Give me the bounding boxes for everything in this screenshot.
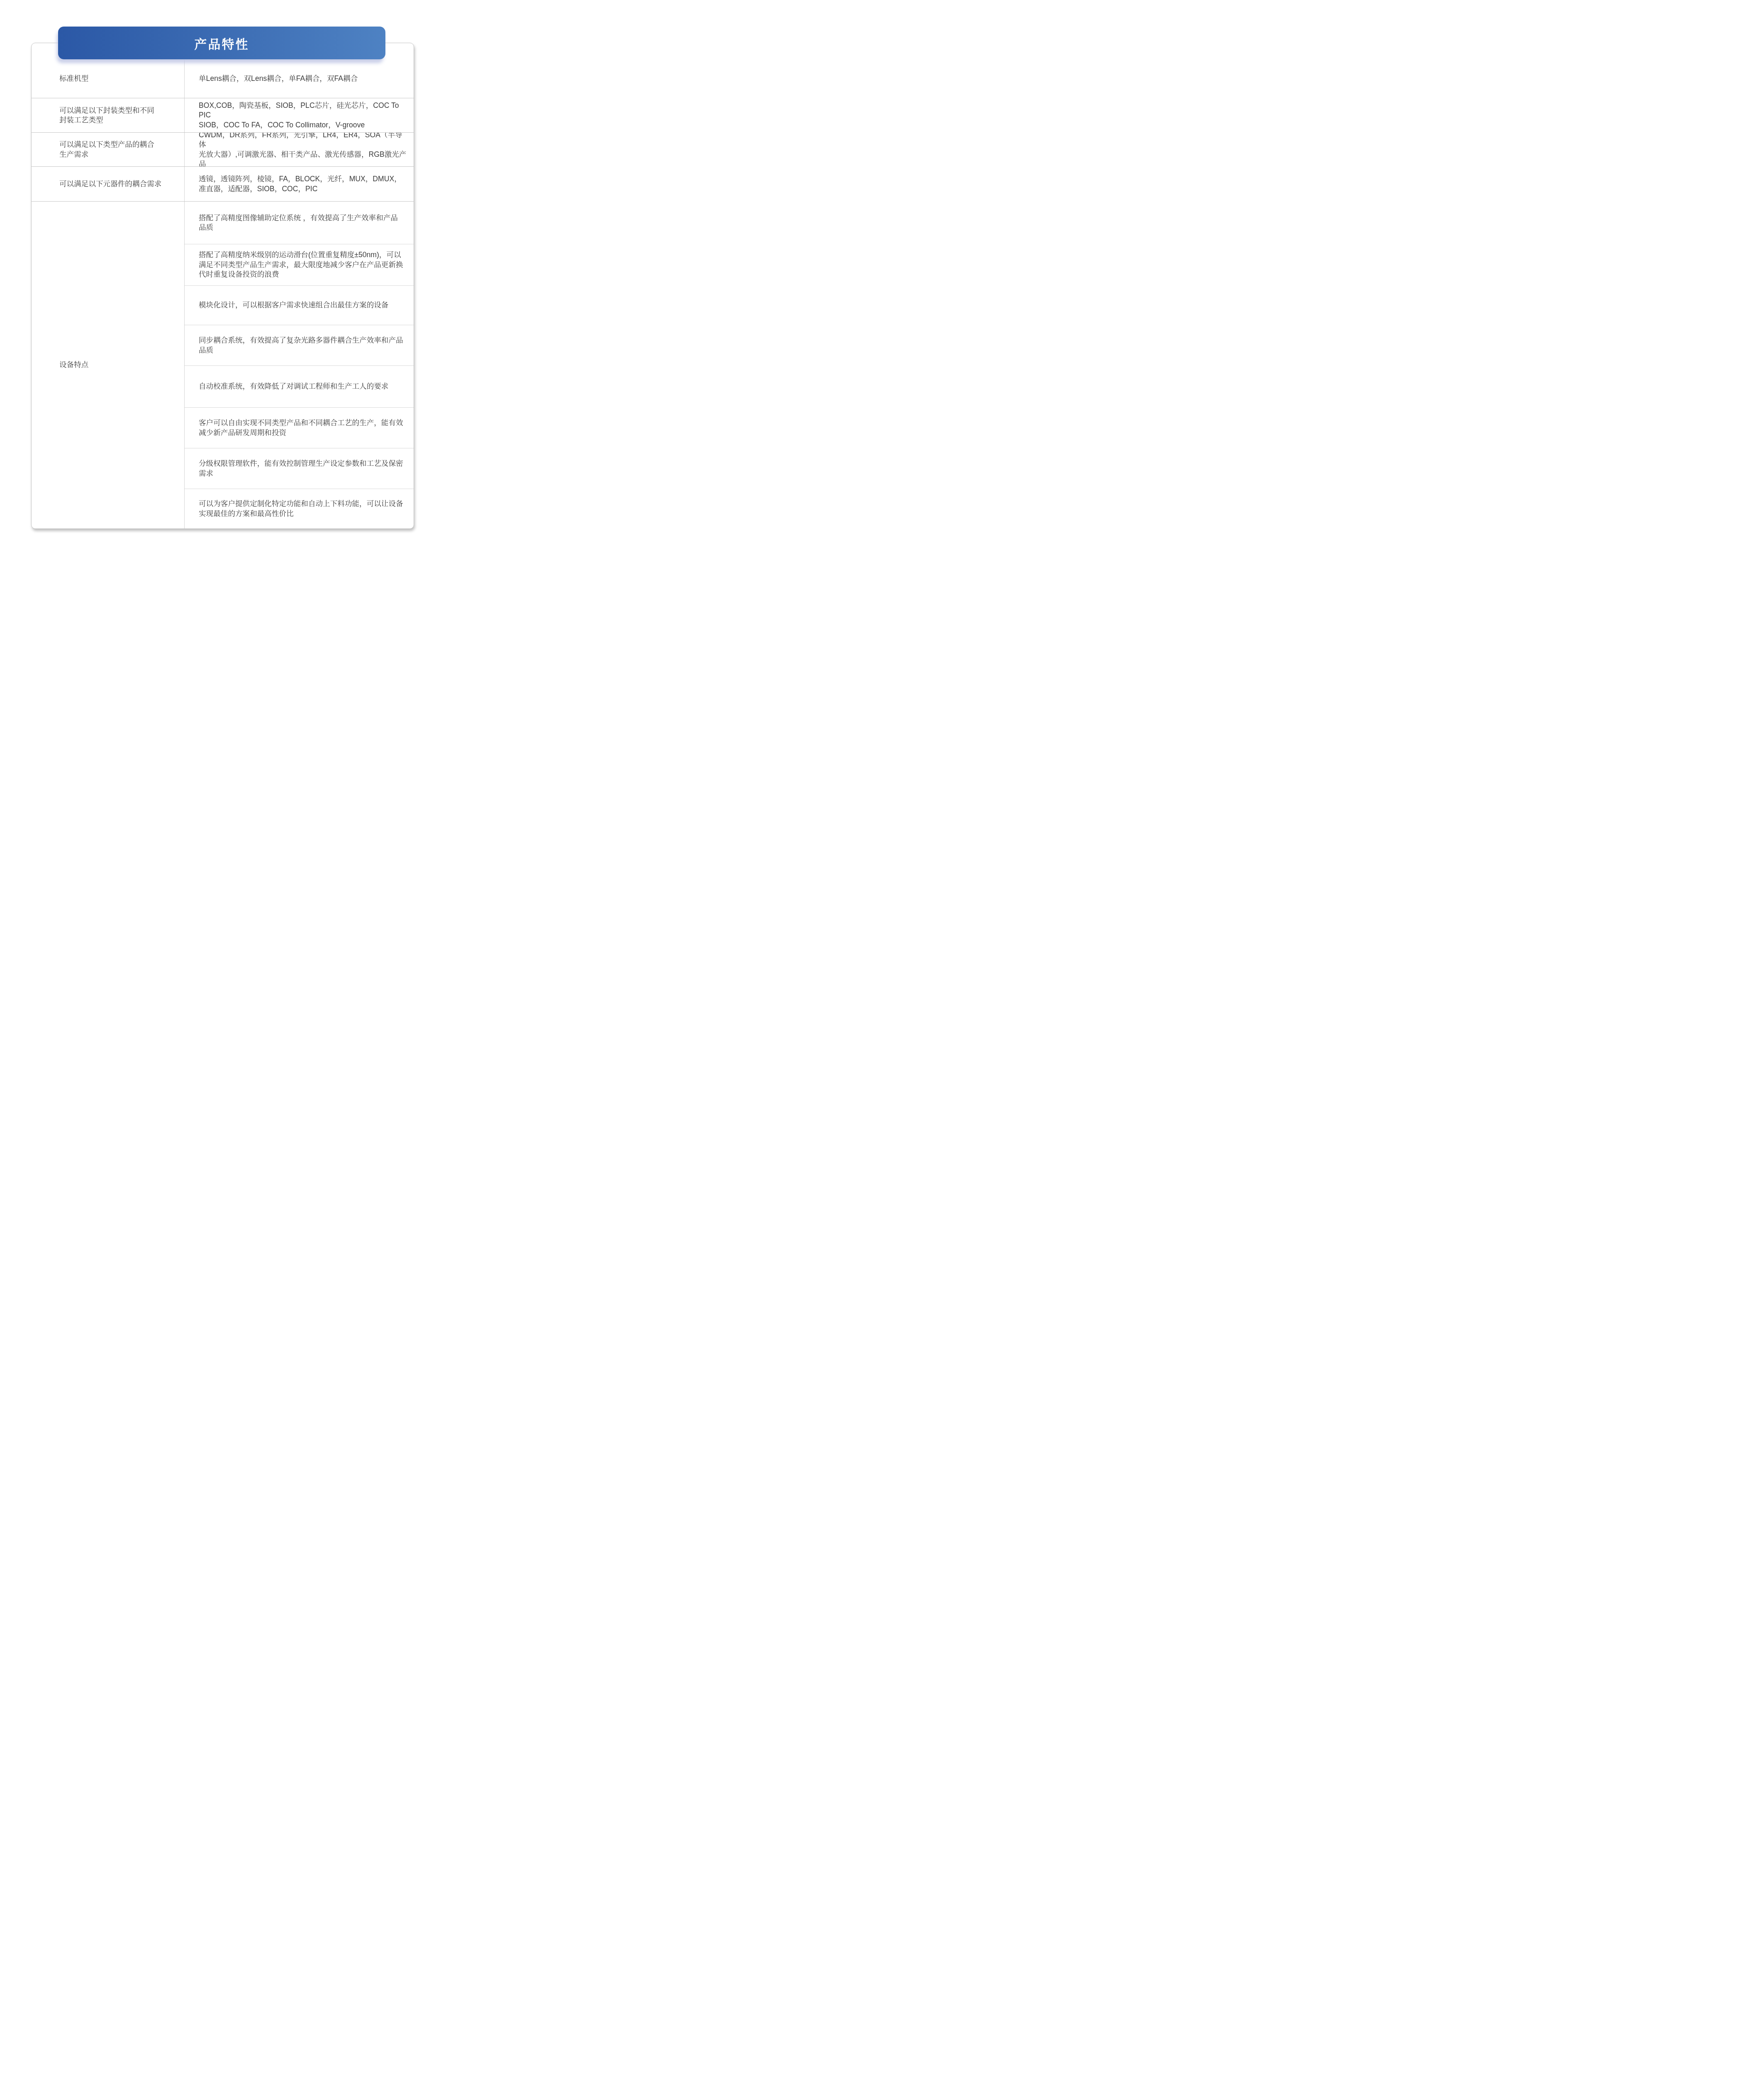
table-row: 可以满足以下元器件的耦合需求 透镜，透镜阵列，棱镜，FA，BLOCK，光纤，MU…: [32, 166, 414, 201]
feature-item: 搭配了高精度纳米级别的运动滑台(位置重复精度±50nm)，可以 满足不同类型产品…: [185, 244, 414, 285]
feature-item: 分级权限管理软件，能有效控制管理生产设定参数和工艺及保密 需求: [185, 448, 414, 489]
row-value: 单Lens耦合，双Lens耦合，单FA耦合，双FA耦合: [185, 60, 414, 98]
row-label: 可以满足以下元器件的耦合需求: [32, 167, 185, 201]
features-row: 设备特点 搭配了高精度图像辅助定位系统 ，有效提高了生产效率和产品 品质 搭配了…: [32, 201, 414, 528]
feature-item: 可以为客户提供定制化特定功能和自动上下料功能，可以让设备 实现最佳的方案和最高性…: [185, 489, 414, 528]
row-label: 标准机型: [32, 60, 185, 98]
page-title: 产品特性: [195, 34, 249, 52]
card-header: 产品特性: [58, 27, 385, 59]
feature-item: 同步耦合系统，有效提高了复杂光路多器件耦合生产效率和产品 品质: [185, 325, 414, 365]
feature-item: 自动校准系统，有效降低了对调试工程师和生产工人的要求: [185, 365, 414, 407]
feature-item: 客户可以自由实现不同类型产品和不同耦合工艺的生产，能有效 减少新产品研发周期和投…: [185, 407, 414, 448]
features-label: 设备特点: [32, 202, 185, 528]
table-row: 标准机型 单Lens耦合，双Lens耦合，单FA耦合，双FA耦合: [32, 60, 414, 98]
row-label: 可以满足以下封装类型和不同 封装工艺类型: [32, 98, 185, 132]
feature-item: 搭配了高精度图像辅助定位系统 ，有效提高了生产效率和产品 品质: [185, 202, 414, 244]
table-row: 可以满足以下类型产品的耦合 生产需求 CWDM，DR系列，FR系列，光引擎，LR…: [32, 132, 414, 166]
features-list: 搭配了高精度图像辅助定位系统 ，有效提高了生产效率和产品 品质 搭配了高精度纳米…: [185, 202, 414, 528]
row-label: 可以满足以下类型产品的耦合 生产需求: [32, 133, 185, 166]
product-features-card: 产品特性 标准机型 单Lens耦合，双Lens耦合，单FA耦合，双FA耦合 可以…: [31, 43, 414, 529]
spec-table: 标准机型 单Lens耦合，双Lens耦合，单FA耦合，双FA耦合 可以满足以下封…: [32, 60, 414, 528]
feature-item: 模块化设计，可以根据客户需求快速组合出最佳方案的设备: [185, 285, 414, 325]
table-row: 可以满足以下封装类型和不同 封装工艺类型 BOX,COB，陶瓷基板，SIOB，P…: [32, 98, 414, 132]
row-value: 透镜，透镜阵列，棱镜，FA，BLOCK，光纤，MUX，DMUX， 准直器，适配器…: [185, 167, 414, 201]
row-value: CWDM，DR系列，FR系列，光引擎，LR4，ER4，SOA（半导体 光放大器）…: [185, 133, 414, 166]
row-value: BOX,COB，陶瓷基板，SIOB，PLC芯片，硅光芯片，COC To PIC …: [185, 98, 414, 132]
